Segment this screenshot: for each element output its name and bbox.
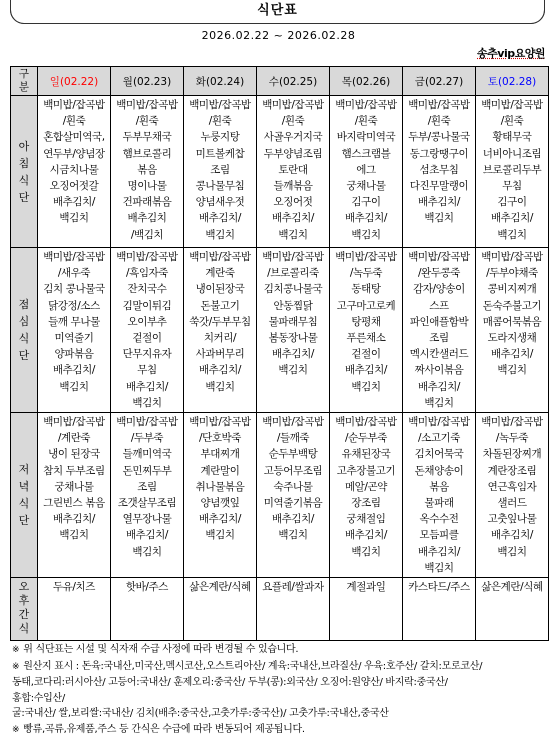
day-header-sun: 일(02.22): [38, 67, 111, 96]
day-header-wed: 수(02.25): [257, 67, 330, 96]
menu-item: /녹두죽: [330, 265, 402, 281]
menu-item: 배추김치/: [257, 346, 329, 362]
menu-item: 햄브로콜리: [111, 146, 183, 162]
menu-item: 연근흑임자: [476, 479, 548, 495]
menu-item: 궁채절임: [330, 511, 402, 527]
corner-label-char: 분: [11, 81, 37, 94]
meal-label-char: 녁: [11, 478, 37, 495]
menu-item: /흰죽: [403, 113, 475, 129]
menu-cell: 백미밥/잡곡밥/단호박죽부대찌개계란말이취나물볶음양념깻잎배추김치/백김치: [184, 413, 257, 578]
menu-item: 명이나물: [111, 178, 183, 194]
menu-item: 고추장불고기: [330, 463, 402, 479]
day-header-mon: 월(02.23): [111, 67, 184, 96]
menu-item: 요플레/쌀과자: [257, 579, 329, 595]
menu-item: 두유/치즈: [38, 579, 110, 595]
menu-item: 조림: [403, 330, 475, 346]
menu-item: 두부/콩나물국: [403, 129, 475, 145]
menu-cell: 백미밥/잡곡밥/흰죽두부무채국햄브로콜리볶음명이나물건파래볶음배추김치/백김치: [111, 96, 184, 248]
menu-item: /브로콜리죽: [257, 265, 329, 281]
page-title-box: 식단표: [10, 0, 545, 24]
note-line: 홍합:수입산/: [12, 691, 552, 707]
menu-item: 배추김치/: [403, 544, 475, 560]
menu-item: 양파볶음: [38, 346, 110, 362]
menu-item: /새우죽: [38, 265, 110, 281]
menu-item: 백미밥/잡곡밥: [403, 249, 475, 265]
menu-item: 건파래볶음: [111, 194, 183, 210]
menu-item: 바지락미역국: [330, 129, 402, 145]
meal-row-dinner: 저녁식단백미밥/잡곡밥/계란죽냉이 된장국참치 두부조림궁채나물그린빈스 볶음배…: [11, 413, 549, 578]
menu-item: /흰죽: [184, 113, 256, 129]
menu-item: 돈불고기: [184, 298, 256, 314]
menu-item: 김구이: [476, 194, 548, 210]
menu-item: 백김치: [403, 560, 475, 576]
corner-label-char: 구: [11, 68, 37, 81]
corner-label: 구 분: [11, 67, 38, 96]
menu-item: 시금치나물: [38, 162, 110, 178]
menu-item: 배추김치/: [38, 362, 110, 378]
note-line: ※위 식단표는 시설 및 식자재 수급 사정에 따라 변경될 수 있습니다.: [12, 642, 552, 659]
menu-item: 배추김치/: [257, 511, 329, 527]
menu-item: 백미밥/잡곡밥: [330, 414, 402, 430]
menu-item: 백김치: [476, 544, 548, 560]
menu-cell: 백미밥/잡곡밥/순두부죽유채된장국고추장불고기메알/곤약장조림궁채절임배추김치/…: [330, 413, 403, 578]
menu-item: 들깨 무나물: [38, 314, 110, 330]
menu-item: 백미밥/잡곡밥: [184, 97, 256, 113]
menu-item: 배추김치/: [330, 210, 402, 226]
menu-item: 동그랑땡구이: [403, 146, 475, 162]
menu-item: 콩나물무침: [184, 178, 256, 194]
menu-item: /완두콩죽: [403, 265, 475, 281]
menu-item: 백미밥/잡곡밥: [257, 414, 329, 430]
menu-item: 백미밥/잡곡밥: [38, 414, 110, 430]
menu-item: 백미밥/잡곡밥: [476, 249, 548, 265]
menu-cell: 백미밥/잡곡밥/들깨죽순두부백탕고등어무조림숙주나물미역줄기볶음배추김치/백김치: [257, 413, 330, 578]
menu-item: 계란장조림: [476, 463, 548, 479]
menu-item: 백김치: [38, 379, 110, 395]
meal-label-char: 저: [11, 461, 37, 478]
menu-cell: 백미밥/잡곡밥/두부죽들깨미역국돈민찌두부조림조갯살무조림열무장나물배추김치/백…: [111, 413, 184, 578]
menu-item: 김구이: [330, 194, 402, 210]
menu-item: 백김치: [403, 210, 475, 226]
menu-item: 차돌된장찌개: [476, 446, 548, 462]
menu-item: 조림: [184, 162, 256, 178]
menu-item: /녹두죽: [476, 430, 548, 446]
header-row: 구 분 일(02.22) 월(02.23) 화(02.24) 수(02.25) …: [11, 67, 549, 96]
menu-item: 배추김치/: [403, 194, 475, 210]
menu-item: 백미밥/잡곡밥: [38, 97, 110, 113]
reference-mark-icon: ※: [12, 645, 19, 655]
meal-label-char: 오: [11, 580, 37, 594]
menu-cell: 삶은계란/식혜: [184, 578, 257, 641]
menu-item: 안동찜닭: [257, 298, 329, 314]
menu-item: 백김치: [403, 395, 475, 411]
menu-item: 취나물볶음: [184, 479, 256, 495]
menu-item: 멕시칸샐러드: [403, 346, 475, 362]
menu-item: 사과버무리: [184, 346, 256, 362]
menu-cell: 백미밥/잡곡밥계란죽냉이된장국돈불고기쑥갓/두부무침치커리/사과버무리배추김치/…: [184, 248, 257, 413]
menu-item: 배추김치/: [257, 210, 329, 226]
menu-item: 겉절이: [111, 330, 183, 346]
menu-item: 계절과일: [330, 579, 402, 595]
menu-item: 백미밥/잡곡밥: [403, 97, 475, 113]
note-text: 빵류,곡류,유제품,주스 등 간식은 수급에 따라 변동되어 제공됩니다.: [23, 724, 305, 735]
menu-item: 배추김치/: [476, 210, 548, 226]
menu-item: 두부양념조림: [257, 146, 329, 162]
menu-item: 순두부백탕: [257, 446, 329, 462]
menu-item: 혼합살미역국,: [38, 129, 110, 145]
menu-item: 백미밥/잡곡밥: [184, 249, 256, 265]
menu-item: /계란죽: [38, 430, 110, 446]
menu-item: 잔치국수: [111, 281, 183, 297]
menu-cell: 백미밥/잡곡밥/소고기죽김치어묵국돈채양송이볶음물파래옥수수전모듬피클배추김치/…: [403, 413, 476, 578]
menu-item: 백미밥/잡곡밥: [330, 249, 402, 265]
menu-item: 미역줄기볶음: [257, 495, 329, 511]
menu-item: 옥수수전: [403, 511, 475, 527]
menu-item: 백김치: [184, 379, 256, 395]
menu-cell: 백미밥/잡곡밥/흰죽두부/콩나물국동그랑땡구이섬초무침다진무말랭이배추김치/백김…: [403, 96, 476, 248]
menu-cell: 핫바/주스: [111, 578, 184, 641]
page-title: 식단표: [257, 3, 298, 18]
menu-cell: 백미밥/잡곡밥/흑임자죽잔치국수김말이튀김오이부추겉절이단무지유자무침배추김치/…: [111, 248, 184, 413]
menu-item: 배추김치/: [38, 194, 110, 210]
menu-item: 숙주나물: [257, 479, 329, 495]
menu-item: 섬초무침: [403, 162, 475, 178]
menu-item: 백미밥/잡곡밥: [111, 249, 183, 265]
menu-item: 브로콜리두부: [476, 162, 548, 178]
menu-item: /두부야채죽: [476, 265, 548, 281]
menu-item: 토란대: [257, 162, 329, 178]
menu-item: /흰죽: [38, 113, 110, 129]
menu-item: 봄동장나물: [257, 330, 329, 346]
meal-label-char: 침: [11, 155, 37, 172]
menu-item: 치커리/: [184, 330, 256, 346]
menu-item: 백미밥/잡곡밥: [111, 414, 183, 430]
menu-item: 백김치: [184, 527, 256, 543]
meal-label-char: 식: [11, 172, 37, 189]
reference-mark-icon: ※: [12, 725, 19, 735]
menu-item: 배추김치/: [476, 346, 548, 362]
note-line: 동태,코다리:러시아산/ 고등어:국내산/ 훈제오리:중국산/ 두부(콩):외국…: [12, 675, 552, 691]
menu-cell: 백미밥/잡곡밥/완두콩죽감자/양송이스프파인애플함박조림멕시칸샐러드짜사이볶음배…: [403, 248, 476, 413]
menu-cell: 백미밥/잡곡밥/흰죽혼합살미역국,연두부/양념장시금치나물오징어젓갈배추김치/백…: [38, 96, 111, 248]
menu-item: 핫바/주스: [111, 579, 183, 595]
menu-item: 백김치: [257, 227, 329, 243]
meal-label-char: 심: [11, 313, 37, 330]
menu-item: 오징어젓갈: [38, 178, 110, 194]
menu-item: 조림: [111, 479, 183, 495]
menu-item: 김치 콩나물국: [38, 281, 110, 297]
menu-item: 황태무국: [476, 129, 548, 145]
menu-item: 백김치: [38, 210, 110, 226]
meal-row-lunch: 점심식단백미밥/잡곡밥/새우죽김치 콩나물국닭강정/소스들깨 무나물미역줄기양파…: [11, 248, 549, 413]
menu-item: 백미밥/잡곡밥: [476, 97, 548, 113]
menu-item: 탕평채: [330, 314, 402, 330]
menu-item: 도라지생채: [476, 330, 548, 346]
menu-item: 조갯살무조림: [111, 495, 183, 511]
meal-label: 오후간식: [11, 578, 38, 641]
notes-section: ※위 식단표는 시설 및 식자재 수급 사정에 따라 변경될 수 있습니다.※원…: [12, 642, 552, 738]
menu-item: 계란죽: [184, 265, 256, 281]
day-header-fri: 금(02.27): [403, 67, 476, 96]
menu-item: 물파래: [403, 495, 475, 511]
menu-item: 삶은계란/식혜: [476, 579, 548, 595]
menu-item: 백김치: [111, 395, 183, 411]
menu-cell: 백미밥/잡곡밥/녹두죽동태탕고구마고로케탕평채푸른채소겉절이배추김치/백김치: [330, 248, 403, 413]
menu-item: 물파래무침: [257, 314, 329, 330]
menu-cell: 백미밥/잡곡밥/흰죽황태무국너비아니조림브로콜리두부무침김구이배추김치/백김치: [476, 96, 549, 248]
menu-item: 김치콩나물국: [257, 281, 329, 297]
day-header-thu: 목(02.26): [330, 67, 403, 96]
menu-item: 배추김치/: [403, 379, 475, 395]
menu-item: 삶은계란/식혜: [184, 579, 256, 595]
menu-cell: 백미밥/잡곡밥/계란죽냉이 된장국참치 두부조림궁채나물그린빈스 볶음배추김치/…: [38, 413, 111, 578]
menu-item: 배추김치/: [330, 527, 402, 543]
menu-cell: 백미밥/잡곡밥/두부야채죽콩비지찌개돈숙주불고기매콤어묵볶음도라지생채배추김치/…: [476, 248, 549, 413]
note-text: 홍합:수입산/: [12, 693, 65, 704]
meal-label-char: 단: [11, 189, 37, 206]
note-line: ※빵류,곡류,유제품,주스 등 간식은 수급에 따라 변동되어 제공됩니다.: [12, 722, 552, 739]
menu-item: /백김치: [111, 227, 183, 243]
menu-item: 미역줄기: [38, 330, 110, 346]
menu-item: 백김치: [476, 227, 548, 243]
menu-item: 다진무말랭이: [403, 178, 475, 194]
menu-item: 감자/양송이: [403, 281, 475, 297]
menu-item: /순두부죽: [330, 430, 402, 446]
menu-item: 단무지유자: [111, 346, 183, 362]
menu-item: 백김치: [257, 527, 329, 543]
menu-cell: 백미밥/잡곡밥/녹두죽차돌된장찌개계란장조림연근흑임자샐러드고춧잎나물배추김치/…: [476, 413, 549, 578]
menu-item: 들깨미역국: [111, 446, 183, 462]
menu-item: 고춧잎나물: [476, 511, 548, 527]
menu-item: /두부죽: [111, 430, 183, 446]
menu-item: 들깨볶음: [257, 178, 329, 194]
menu-item: 백미밥/잡곡밥: [184, 414, 256, 430]
menu-item: 볶음: [403, 479, 475, 495]
menu-item: 백김치: [476, 362, 548, 378]
menu-item: 백김치: [330, 544, 402, 560]
menu-item: 볶음: [111, 162, 183, 178]
date-range: 2026.02.22 ~ 2026.02.28: [0, 29, 557, 42]
meal-label: 저녁식단: [11, 413, 38, 578]
menu-cell: 요플레/쌀과자: [257, 578, 330, 641]
menu-item: 백김치: [330, 379, 402, 395]
meal-label: 점심식단: [11, 248, 38, 413]
facility-name: 송추vip요양원: [477, 45, 545, 61]
menu-item: 연두부/양념장: [38, 146, 110, 162]
menu-item: 매콤어묵볶음: [476, 314, 548, 330]
menu-item: 김말이튀김: [111, 298, 183, 314]
menu-item: 메알/곤약: [330, 479, 402, 495]
meal-row-breakfast: 아침식단백미밥/잡곡밥/흰죽혼합살미역국,연두부/양념장시금치나물오징어젓갈배추…: [11, 96, 549, 248]
menu-item: 궁채나물: [38, 479, 110, 495]
menu-item: 백김치: [257, 362, 329, 378]
menu-cell: 두유/치즈: [38, 578, 111, 641]
menu-item: 무침: [476, 178, 548, 194]
menu-item: 푸른채소: [330, 330, 402, 346]
menu-item: 겉절이: [330, 346, 402, 362]
menu-item: 미트볼케찹: [184, 146, 256, 162]
menu-item: 콩비지찌개: [476, 281, 548, 297]
menu-cell: 백미밥/잡곡밥/브로콜리죽김치콩나물국안동찜닭물파래무침봄동장나물배추김치/백김…: [257, 248, 330, 413]
menu-item: 사골우거지국: [257, 129, 329, 145]
menu-item: 동태탕: [330, 281, 402, 297]
meal-label-char: 식: [11, 495, 37, 512]
menu-cell: 계절과일: [330, 578, 403, 641]
menu-item: 돈채양송이: [403, 463, 475, 479]
menu-item: 배추김치: [111, 210, 183, 226]
menu-item: 계란말이: [184, 463, 256, 479]
menu-cell: 백미밥/잡곡밥/흰죽바지락미역국햄스크램블에그궁채나물김구이배추김치/백김치: [330, 96, 403, 248]
meal-label-char: 식: [11, 330, 37, 347]
note-text: 동태,코다리:러시아산/ 고등어:국내산/ 훈제오리:중국산/ 두부(콩):외국…: [12, 677, 448, 688]
menu-item: 양념새우젓: [184, 194, 256, 210]
menu-item: 배추김치/: [330, 362, 402, 378]
menu-item: 고등어무조림: [257, 463, 329, 479]
menu-item: 고구마고로케: [330, 298, 402, 314]
menu-item: /흰죽: [330, 113, 402, 129]
menu-table: 구 분 일(02.22) 월(02.23) 화(02.24) 수(02.25) …: [10, 66, 549, 641]
meal-label-char: 식: [11, 622, 37, 636]
menu-item: 백김치: [38, 527, 110, 543]
menu-item: 파인애플함박: [403, 314, 475, 330]
menu-item: 김치어묵국: [403, 446, 475, 462]
note-text: 원산지 표시 : 돈육:국내산,미국산,멕시코산,오스트리아산/ 계육:국내산,…: [23, 661, 482, 672]
meal-label-char: 아: [11, 138, 37, 155]
meal-row-snack: 오후간식두유/치즈핫바/주스삶은계란/식혜요플레/쌀과자계절과일카스타드/주스삶…: [11, 578, 549, 641]
menu-item: /들깨죽: [257, 430, 329, 446]
menu-item: 배추김치/: [111, 379, 183, 395]
menu-item: 배추김치/: [184, 511, 256, 527]
note-line: 굴:국내산/ 쌀,보리쌀:국내산/ 김치(배추:중국산,고춧가루:중국산)/ 고…: [12, 706, 552, 722]
menu-item: 에그: [330, 162, 402, 178]
menu-item: /흰죽: [257, 113, 329, 129]
menu-item: 두부무채국: [111, 129, 183, 145]
menu-cell: 백미밥/잡곡밥/흰죽사골우거지국두부양념조림토란대들깨볶음오징어젓배추김치/백김…: [257, 96, 330, 248]
meal-label-char: 후: [11, 594, 37, 608]
menu-cell: 백미밥/잡곡밥/새우죽김치 콩나물국닭강정/소스들깨 무나물미역줄기양파볶음배추…: [38, 248, 111, 413]
menu-item: 누룽지탕: [184, 129, 256, 145]
menu-item: 쑥갓/두부무침: [184, 314, 256, 330]
menu-item: 백김치: [184, 227, 256, 243]
note-text: 굴:국내산/ 쌀,보리쌀:국내산/ 김치(배추:중국산,고춧가루:중국산)/ 고…: [12, 708, 389, 719]
menu-item: 돈숙주불고기: [476, 298, 548, 314]
meal-label-char: 단: [11, 347, 37, 364]
menu-item: 배추김치/: [184, 210, 256, 226]
menu-item: 스프: [403, 298, 475, 314]
menu-item: 백미밥/잡곡밥: [111, 97, 183, 113]
menu-cell: 백미밥/잡곡밥/흰죽누룽지탕미트볼케찹조림콩나물무침양념새우젓배추김치/백김치: [184, 96, 257, 248]
menu-item: 부대찌개: [184, 446, 256, 462]
menu-item: 너비아니조림: [476, 146, 548, 162]
menu-item: 백미밥/잡곡밥: [476, 414, 548, 430]
menu-item: /단호박죽: [184, 430, 256, 446]
meal-label-char: 간: [11, 608, 37, 622]
menu-item: 백미밥/잡곡밥: [330, 97, 402, 113]
day-header-sat: 토(02.28): [476, 67, 549, 96]
menu-cell: 삶은계란/식혜: [476, 578, 549, 641]
menu-item: 냉이 된장국: [38, 446, 110, 462]
menu-item: 닭강정/소스: [38, 298, 110, 314]
menu-item: 냉이된장국: [184, 281, 256, 297]
menu-item: 장조림: [330, 495, 402, 511]
note-text: 위 식단표는 시설 및 식자재 수급 사정에 따라 변경될 수 있습니다.: [23, 644, 298, 655]
menu-item: 무침: [111, 362, 183, 378]
menu-item: /흰죽: [476, 113, 548, 129]
meal-label: 아침식단: [11, 96, 38, 248]
menu-item: /소고기죽: [403, 430, 475, 446]
menu-cell: 카스타드/주스: [403, 578, 476, 641]
menu-item: 샐러드: [476, 495, 548, 511]
menu-item: 배추김치/: [184, 362, 256, 378]
menu-item: 배추김치/: [476, 527, 548, 543]
menu-item: 돈민찌두부: [111, 463, 183, 479]
menu-item: /흰죽: [111, 113, 183, 129]
menu-item: 오이부추: [111, 314, 183, 330]
menu-item: 백미밥/잡곡밥: [257, 97, 329, 113]
menu-item: 백미밥/잡곡밥: [38, 249, 110, 265]
menu-item: 백김치: [330, 227, 402, 243]
day-header-tue: 화(02.24): [184, 67, 257, 96]
menu-item: 그린빈스 볶음: [38, 495, 110, 511]
menu-item: 햄스크램블: [330, 146, 402, 162]
note-line: ※원산지 표시 : 돈육:국내산,미국산,멕시코산,오스트리아산/ 계육:국내산…: [12, 659, 552, 676]
menu-item: 유채된장국: [330, 446, 402, 462]
meal-label-char: 단: [11, 512, 37, 529]
menu-item: 백미밥/잡곡밥: [257, 249, 329, 265]
menu-item: 참치 두부조림: [38, 463, 110, 479]
reference-mark-icon: ※: [12, 662, 19, 672]
menu-item: 모듬피클: [403, 527, 475, 543]
menu-item: 짜사이볶음: [403, 362, 475, 378]
meal-label-char: 점: [11, 296, 37, 313]
menu-item: 오징어젓: [257, 194, 329, 210]
menu-item: 궁채나물: [330, 178, 402, 194]
menu-item: 배추김치/: [38, 511, 110, 527]
menu-item: 백김치: [111, 544, 183, 560]
menu-item: 백미밥/잡곡밥: [403, 414, 475, 430]
menu-item: /흑임자죽: [111, 265, 183, 281]
menu-item: 카스타드/주스: [403, 579, 475, 595]
menu-item: 배추김치/: [111, 527, 183, 543]
menu-item: 열무장나물: [111, 511, 183, 527]
menu-item: 양념깻잎: [184, 495, 256, 511]
